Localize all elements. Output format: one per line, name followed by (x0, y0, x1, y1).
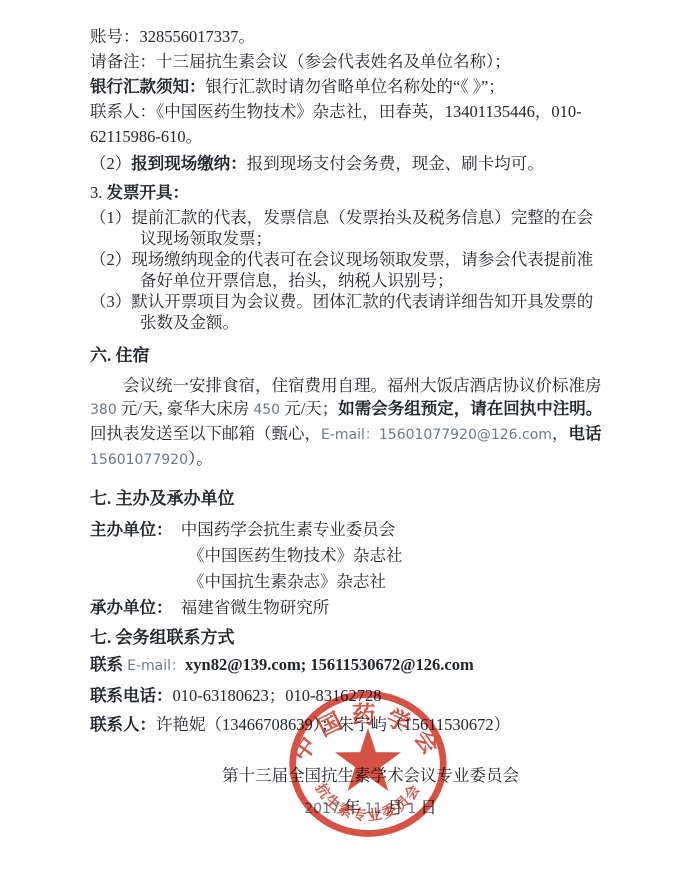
host-unit-line: 主办单位： 中国药学会抗生素专业委员会 (90, 517, 651, 543)
text-segment: 11 (365, 801, 383, 817)
lodging-heading: 六. 住宿 (90, 343, 651, 368)
text-segment: 元/天, 豪华大床房 (117, 399, 254, 418)
text-segment: 六. 住宿 (90, 346, 150, 365)
contact-section-heading: 七. 会务组联系方式 (90, 625, 651, 650)
text-segment: 福建省微生物研究所 (173, 598, 330, 617)
text-segment: ， (552, 424, 569, 443)
contact-person-line: 联系人：许艳妮（13466708639）；朱宁屿（15611530672） (90, 710, 651, 739)
text-segment: 银行汇款时请勿省略单位名称处的“《 》”； (206, 77, 505, 96)
text-segment: 日 (416, 798, 437, 817)
text-segment: 2017 (304, 801, 340, 817)
text-segment: 年 (340, 798, 365, 817)
text-segment: 450 (253, 402, 280, 418)
contact-email-line: 联系 E-mail：xyn82@139.com; 15611530672@126… (90, 650, 651, 681)
text-segment: 账号：328556017337。 (90, 27, 255, 46)
text-segment: ）。 (188, 449, 213, 468)
text-segment: 联系 (90, 655, 127, 674)
text-segment: 请备注：十三届抗生素会议（参会代表姓名及单位名称）； (90, 52, 511, 71)
text-segment: 联系电话： (90, 686, 173, 705)
text-segment: xyn82@139.com; 15611530672@126.com (185, 655, 474, 674)
text-segment: 默认开票项目为会议费。团体汇款的代表请详细告知开具发票的 张数及金额。 (131, 292, 593, 332)
bank-notice-line: 银行汇款须知：银行汇款时请勿省略单位名称处的“《 》”； (90, 74, 651, 99)
text-segment: 《中国抗生素杂志》杂志社 (188, 572, 386, 591)
text-segment: 报到现场缴纳： (131, 154, 247, 173)
text-segment: 1 (407, 801, 416, 817)
text-segment: 元/天； (280, 399, 338, 418)
text-segment: 现场缴纳现金的代表可在会议现场领取发票，请参会代表提前准 备好单位开票信息，抬头… (131, 250, 593, 290)
invoice-item-3: （3）默认开票项目为会议费。团体汇款的代表请详细告知开具发票的 张数及金额。 (90, 291, 651, 333)
list-marker: （2） (90, 154, 131, 173)
host-publication-1: 《中国医药生物技术》杂志社 (90, 543, 651, 569)
invoice-item-1: （1）提前汇款的代表，发票信息（发票抬头及税务信息）完整的在会 议现场领取发票； (90, 207, 651, 249)
list-marker: （2） (90, 250, 131, 269)
memo-line: 请备注：十三届抗生素会议（参会代表姓名及单位名称）； (90, 49, 651, 74)
text-segment: 中国药学会抗生素专业委员会 (173, 520, 396, 539)
text-segment: 联系人：《中国医药生物技术》杂志社，田春英，13401135446，010- 6… (90, 102, 582, 146)
text-segment: 七. 主办及承办单位 (90, 489, 235, 508)
committee-signature: 第十三届全国抗生素学术会议专业委员会 (90, 763, 651, 789)
text-segment: 月 (382, 798, 407, 817)
text-segment: 第十三届全国抗生素学术会议专业委员会 (222, 766, 519, 785)
text-segment: 许艳妮（13466708639）；朱宁屿（15611530672） (156, 715, 510, 734)
account-line: 账号：328556017337。 (90, 24, 651, 49)
lodging-paragraph: 会议统一安排食宿，住宿费用自理。福州大饭店酒店协议价标准房 380 元/天, 豪… (90, 374, 651, 472)
list-marker: （3） (90, 292, 131, 311)
text-segment: 《中国医药生物技术》杂志社 (188, 546, 403, 565)
text-segment: 银行汇款须知： (90, 77, 206, 96)
text-segment: E-mail： (127, 658, 185, 674)
signature-block: 第十三届全国抗生素学术会议专业委员会 2017 年 11 月 1 日 (90, 763, 651, 822)
document-content: 账号：328556017337。 请备注：十三届抗生素会议（参会代表姓名及单位名… (0, 0, 679, 822)
organizer-unit-line: 承办单位： 福建省微生物研究所 (90, 595, 651, 621)
text-segment: 回执表发送至以下邮箱（甄心， (90, 424, 321, 443)
host-publication-2: 《中国抗生素杂志》杂志社 (90, 569, 651, 595)
onsite-payment-item: （2）报到现场缴纳：报到现场支付会务费，现金、刷卡均可。 (90, 151, 651, 176)
text-segment: 提前汇款的代表，发票信息（发票抬头及税务信息）完整的在会 议现场领取发票； (131, 208, 593, 248)
signature-date: 2017 年 11 月 1 日 (90, 795, 651, 822)
text-segment: E-mail：15601077920@126.com (321, 427, 552, 443)
list-marker: （1） (90, 208, 131, 227)
text-segment: 报到现场支付会务费，现金、刷卡均可。 (247, 154, 544, 173)
text-segment: 380 (90, 402, 117, 418)
text-segment: 电话 (568, 424, 601, 443)
bank-contact-line: 联系人：《中国医药生物技术》杂志社，田春英，13401135446，010- 6… (90, 99, 651, 149)
invoice-section-heading: 3. 发票开具： (90, 180, 651, 205)
invoice-item-2: （2）现场缴纳现金的代表可在会议现场领取发票，请参会代表提前准 备好单位开票信息… (90, 249, 651, 291)
list-marker: 3. (90, 183, 107, 202)
text-segment: 承办单位： (90, 598, 173, 617)
text-segment: 联系人： (90, 715, 156, 734)
text-segment: 主办单位： (90, 520, 173, 539)
text-segment: 会议统一安排食宿，住宿费用自理。福州大饭店酒店协议价标准房 (123, 376, 602, 395)
text-segment: 如需会务组预定，请在回执中注明。 (338, 399, 602, 418)
document-page: 账号：328556017337。 请备注：十三届抗生素会议（参会代表姓名及单位名… (0, 0, 679, 878)
contact-phone-line: 联系电话：010-63180623；010-83162728 (90, 681, 651, 710)
text-segment: 七. 会务组联系方式 (90, 628, 235, 647)
organizers-heading: 七. 主办及承办单位 (90, 486, 651, 511)
text-segment: 010-63180623；010-83162728 (173, 686, 382, 705)
text-segment: 发票开具： (107, 183, 190, 202)
text-segment: 15601077920 (90, 452, 188, 468)
